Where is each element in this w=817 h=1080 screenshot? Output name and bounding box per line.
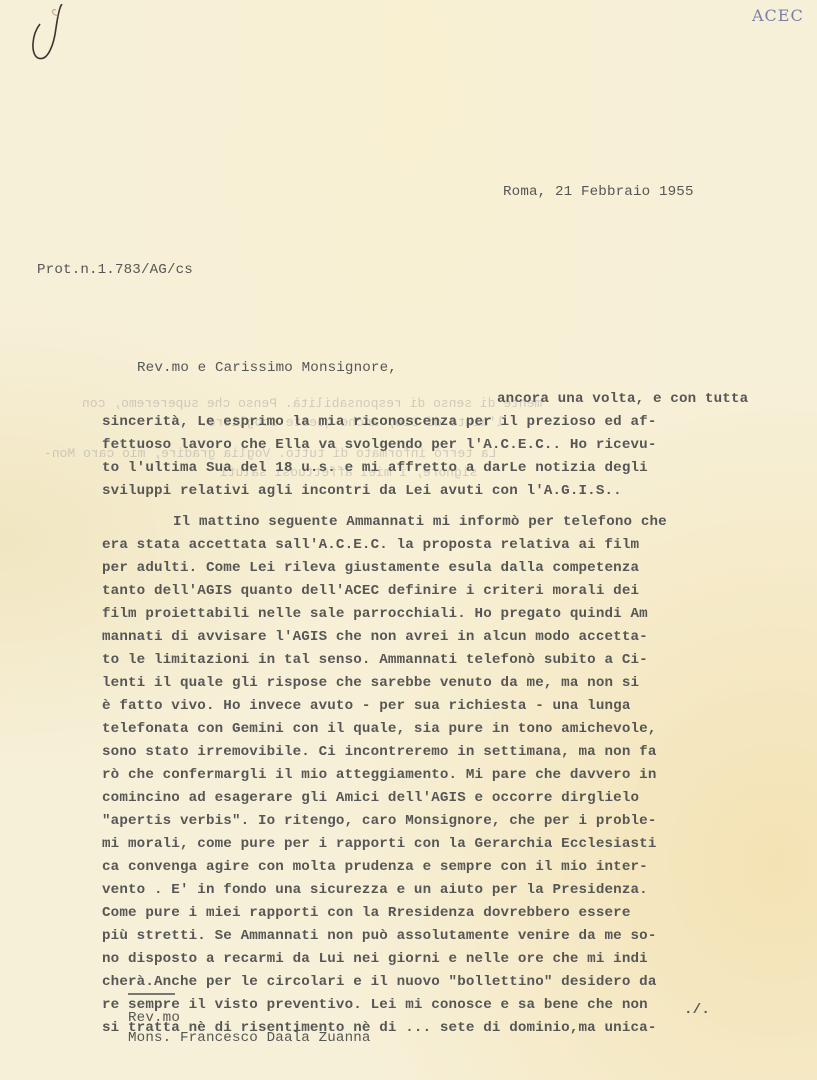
text-line: cherà.Anche per le circolari e il nuovo … bbox=[102, 974, 657, 990]
text-line: re sempre il visto preventivo. Lei mi co… bbox=[102, 997, 648, 1013]
text-line: fettuoso lavoro che Ella va svolgendo pe… bbox=[102, 437, 657, 453]
text-line: sincerità, Le esprimo la mia riconoscenz… bbox=[102, 414, 657, 430]
text-line: sono stato irremovibile. Ci incontreremo… bbox=[102, 744, 657, 760]
addressee-name: Mons. Francesco Daala Zuanna bbox=[128, 1030, 371, 1046]
text-line: vento . E' in fondo una sicurezza e un a… bbox=[102, 882, 648, 898]
text-line: to l'ultima Sua del 18 u.s. e mi affrett… bbox=[102, 460, 648, 476]
text-line: lenti il quale gli rispose che sarebbe v… bbox=[102, 675, 639, 691]
text-line: tanto dell'AGIS quanto dell'ACEC definir… bbox=[102, 583, 639, 599]
protocol-number: Prot.n.1.783/AG/cs bbox=[37, 262, 193, 278]
text-line: mi morali, come pure per i rapporti con … bbox=[102, 836, 657, 852]
salutation: Rev.mo e Carissimo Monsignore, bbox=[137, 360, 397, 376]
text-line: sviluppi relativi agli incontri da Lei a… bbox=[102, 483, 622, 499]
handwritten-mark-icon bbox=[28, 4, 64, 60]
text-line: Il mattino seguente Ammannati mi informò… bbox=[173, 514, 667, 530]
bleed-through-line: mente di senso di responsabilità. Penso … bbox=[82, 396, 542, 411]
archive-stamp: ACEC bbox=[752, 6, 804, 25]
text-line: per adulti. Come Lei rileva giustamente … bbox=[102, 560, 639, 576]
text-line: no disposto a recarmi da Lui nei giorni … bbox=[102, 951, 648, 967]
text-line: "apertis verbis". Io ritengo, caro Monsi… bbox=[102, 813, 657, 829]
text-line: telefonata con Gemini con il quale, sia … bbox=[102, 721, 657, 737]
text-line: to le limitazioni in tal senso. Ammannat… bbox=[102, 652, 648, 668]
text-line: più stretti. Se Ammannati non può assolu… bbox=[102, 928, 657, 944]
place-date: Roma, 21 Febbraio 1955 bbox=[503, 184, 694, 200]
continuation-mark: ./. bbox=[684, 1002, 710, 1018]
addressee-title: Rev.mo bbox=[128, 1010, 180, 1026]
text-line: era stata accettata sall'A.C.E.C. la pro… bbox=[102, 537, 639, 553]
text-line: Come pure i miei rapporti con la Rreside… bbox=[102, 905, 631, 921]
text-line: ancora una volta, e con tutta bbox=[497, 391, 748, 407]
text-line: rò che confermargli il mio atteggiamento… bbox=[102, 767, 657, 783]
text-line: mannati di avvisare l'AGIS che non avrei… bbox=[102, 629, 648, 645]
text-line: film proiettabili nelle sale parrocchial… bbox=[102, 606, 648, 622]
text-line: è fatto vivo. Ho invece avuto - per sua … bbox=[102, 698, 631, 714]
divider-rule bbox=[128, 993, 175, 995]
text-line: ca convenga agire con molta prudenza e s… bbox=[102, 859, 648, 875]
text-line: comincino ad esagerare gli Amici dell'AG… bbox=[102, 790, 639, 806]
